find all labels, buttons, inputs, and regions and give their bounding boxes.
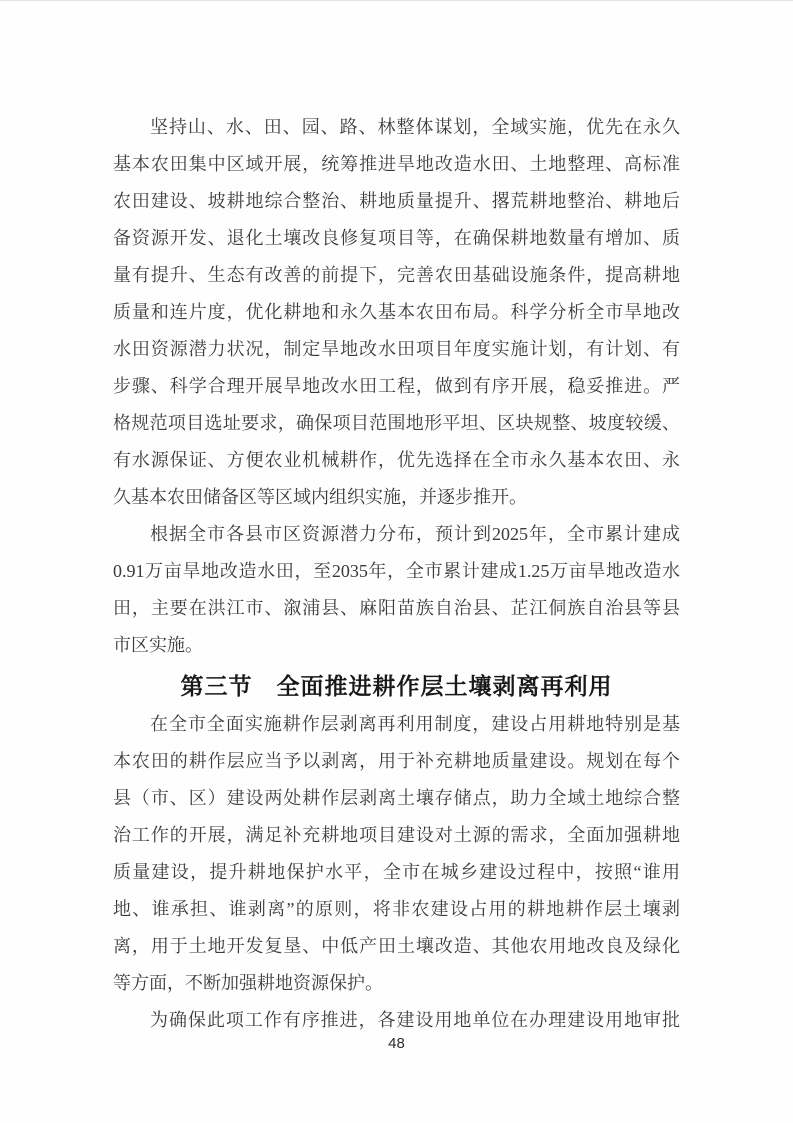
body-line: 有水源保证、方便农业机械耕作，优先选择在全市永久基本农田、永 (113, 442, 680, 479)
body-line: 为确保此项工作有序推进，各建设用地单位在办理建设用地审批 (113, 1002, 680, 1039)
body-line: 市区实施。 (113, 627, 680, 664)
body-line: 0.91万亩旱地改造水田，至2035年，全市累计建成1.25万亩旱地改造水 (113, 553, 680, 590)
paragraph-4: 为确保此项工作有序推进，各建设用地单位在办理建设用地审批 (113, 1002, 680, 1039)
body-line: 治工作的开展，满足补充耕地项目建设对土源的需求，全面加强耕地 (113, 817, 680, 854)
body-line: 基本农田集中区域开展，统筹推进旱地改造水田、土地整理、高标准 (113, 146, 680, 183)
body-line: 格规范项目选址要求，确保项目范围地形平坦、区块规整、坡度较缓、 (113, 405, 680, 442)
body-line: 等方面，不断加强耕地资源保护。 (113, 965, 680, 1002)
page-content: 坚持山、水、田、园、路、林整体谋划，全域实施，优先在永久 基本农田集中区域开展，… (113, 109, 680, 1039)
body-line: 步骤、科学合理开展旱地改水田工程，做到有序开展，稳妥推进。严 (113, 368, 680, 405)
paragraph-2: 根据全市各县市区资源潜力分布，预计到2025年，全市累计建成 0.91万亩旱地改… (113, 516, 680, 664)
body-line: 本农田的耕作层应当予以剥离，用于补充耕地质量建设。规划在每个 (113, 743, 680, 780)
body-line: 久基本农田储备区等区域内组织实施，并逐步推开。 (113, 479, 680, 516)
page-number: 48 (0, 1035, 793, 1052)
paragraph-3: 在全市全面实施耕作层剥离再利用制度，建设占用耕地特别是基 本农田的耕作层应当予以… (113, 706, 680, 1002)
body-line: 田，主要在洪江市、溆浦县、麻阳苗族自治县、芷江侗族自治县等县 (113, 590, 680, 627)
paragraph-1: 坚持山、水、田、园、路、林整体谋划，全域实施，优先在永久 基本农田集中区域开展，… (113, 109, 680, 516)
document-page: 坚持山、水、田、园、路、林整体谋划，全域实施，优先在永久 基本农田集中区域开展，… (0, 0, 793, 1123)
body-line: 备资源开发、退化土壤改良修复项目等，在确保耕地数量有增加、质 (113, 220, 680, 257)
body-line: 县（市、区）建设两处耕作层剥离土壤存储点，助力全域土地综合整 (113, 780, 680, 817)
section-heading: 第三节 全面推进耕作层土壤剥离再利用 (113, 664, 680, 706)
body-line: 离，用于土地开发复垦、中低产田土壤改造、其他农用地改良及绿化 (113, 928, 680, 965)
body-line: 水田资源潜力状况，制定旱地改水田项目年度实施计划，有计划、有 (113, 331, 680, 368)
body-line: 地、谁承担、谁剥离”的原则，将非农建设占用的耕地耕作层土壤剥 (113, 891, 680, 928)
body-line: 坚持山、水、田、园、路、林整体谋划，全域实施，优先在永久 (113, 109, 680, 146)
body-line: 质量建设，提升耕地保护水平，全市在城乡建设过程中，按照“谁用 (113, 854, 680, 891)
body-line: 量有提升、生态有改善的前提下，完善农田基础设施条件，提高耕地 (113, 257, 680, 294)
body-line: 农田建设、坡耕地综合整治、耕地质量提升、撂荒耕地整治、耕地后 (113, 183, 680, 220)
body-line: 在全市全面实施耕作层剥离再利用制度，建设占用耕地特别是基 (113, 706, 680, 743)
body-line: 质量和连片度，优化耕地和永久基本农田布局。科学分析全市旱地改 (113, 294, 680, 331)
body-line: 根据全市各县市区资源潜力分布，预计到2025年，全市累计建成 (113, 516, 680, 553)
